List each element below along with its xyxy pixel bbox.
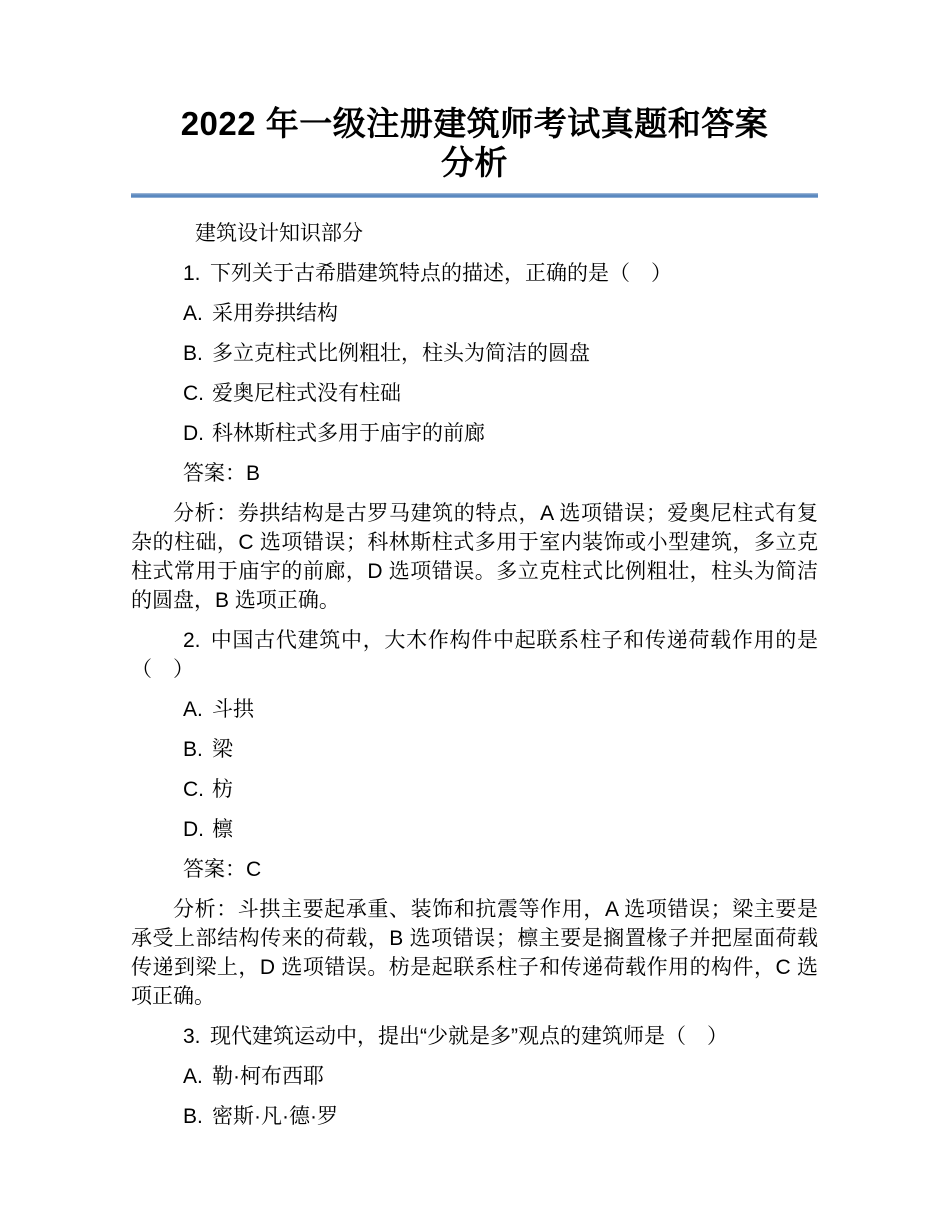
option-text: 斗拱 — [212, 698, 254, 721]
option-text: 采用券拱结构 — [212, 302, 338, 325]
title-divider-rule — [131, 193, 818, 198]
question-2-option-c: C.枋 — [183, 775, 818, 804]
option-text: 密斯·凡·德·罗 — [212, 1105, 338, 1128]
document-title-line1: 2022 年一级注册建筑师考试真题和答案 — [181, 105, 769, 142]
option-text: 檩 — [212, 818, 233, 841]
section-header: 建筑设计知识部分 — [195, 219, 818, 248]
option-text: 枋 — [212, 778, 233, 801]
option-label: A. — [183, 299, 212, 328]
question-2-analysis: 分析：斗拱主要起承重、装饰和抗震等作用，A 选项错误；梁主要是承受上部结构传来的… — [131, 895, 818, 1011]
option-text: 勒·柯布西耶 — [212, 1065, 324, 1088]
document-title-line2: 分析 — [441, 144, 508, 181]
question-2-option-d: D.檩 — [183, 815, 818, 844]
option-text: 多立克柱式比例粗壮，柱头为简洁的圆盘 — [212, 342, 590, 365]
option-label: C. — [183, 379, 212, 408]
question-1-analysis: 分析：券拱结构是古罗马建筑的特点，A 选项错误；爱奥尼柱式有复杂的柱础，C 选项… — [131, 499, 818, 615]
option-label: B. — [183, 735, 212, 764]
question-1-option-d: D.科林斯柱式多用于庙宇的前廊 — [183, 419, 818, 448]
option-text: 梁 — [212, 738, 233, 761]
question-1-answer: 答案：B — [183, 459, 818, 488]
question-3-text: 现代建筑运动中，提出“少就是多”观点的建筑师是（ ） — [210, 1025, 728, 1048]
question-2-answer: 答案：C — [183, 855, 818, 884]
question-2-option-a: A.斗拱 — [183, 695, 818, 724]
question-1-option-b: B.多立克柱式比例粗壮，柱头为简洁的圆盘 — [183, 339, 818, 368]
option-text: 科林斯柱式多用于庙宇的前廊 — [212, 422, 485, 445]
option-label: A. — [183, 1062, 212, 1091]
option-label: B. — [183, 1102, 212, 1131]
question-2-text: 中国古代建筑中，大木作构件中起联系柱子和传递荷载作用的是（ ） — [131, 629, 818, 681]
question-1-option-c: C.爱奥尼柱式没有柱础 — [183, 379, 818, 408]
option-label: D. — [183, 419, 212, 448]
question-2: 2.中国古代建筑中，大木作构件中起联系柱子和传递荷载作用的是（ ） — [131, 626, 818, 684]
question-2-option-b: B.梁 — [183, 735, 818, 764]
option-label: B. — [183, 339, 212, 368]
question-2-number: 2. — [183, 626, 210, 655]
question-1: 1.下列关于古希腊建筑特点的描述，正确的是（ ） — [131, 259, 818, 288]
question-3: 3.现代建筑运动中，提出“少就是多”观点的建筑师是（ ） — [131, 1022, 818, 1051]
question-1-number: 1. — [183, 259, 210, 288]
option-label: D. — [183, 815, 212, 844]
question-1-text: 下列关于古希腊建筑特点的描述，正确的是（ ） — [210, 262, 672, 285]
document-page: 2022 年一级注册建筑师考试真题和答案分析 建筑设计知识部分 1.下列关于古希… — [0, 0, 950, 1230]
option-text: 爱奥尼柱式没有柱础 — [212, 382, 401, 405]
option-label: C. — [183, 775, 212, 804]
question-3-number: 3. — [183, 1022, 210, 1051]
question-3-option-a: A.勒·柯布西耶 — [183, 1062, 818, 1091]
option-label: A. — [183, 695, 212, 724]
question-3-option-b: B.密斯·凡·德·罗 — [183, 1102, 818, 1131]
document-title: 2022 年一级注册建筑师考试真题和答案分析 — [131, 104, 818, 182]
question-1-option-a: A.采用券拱结构 — [183, 299, 818, 328]
